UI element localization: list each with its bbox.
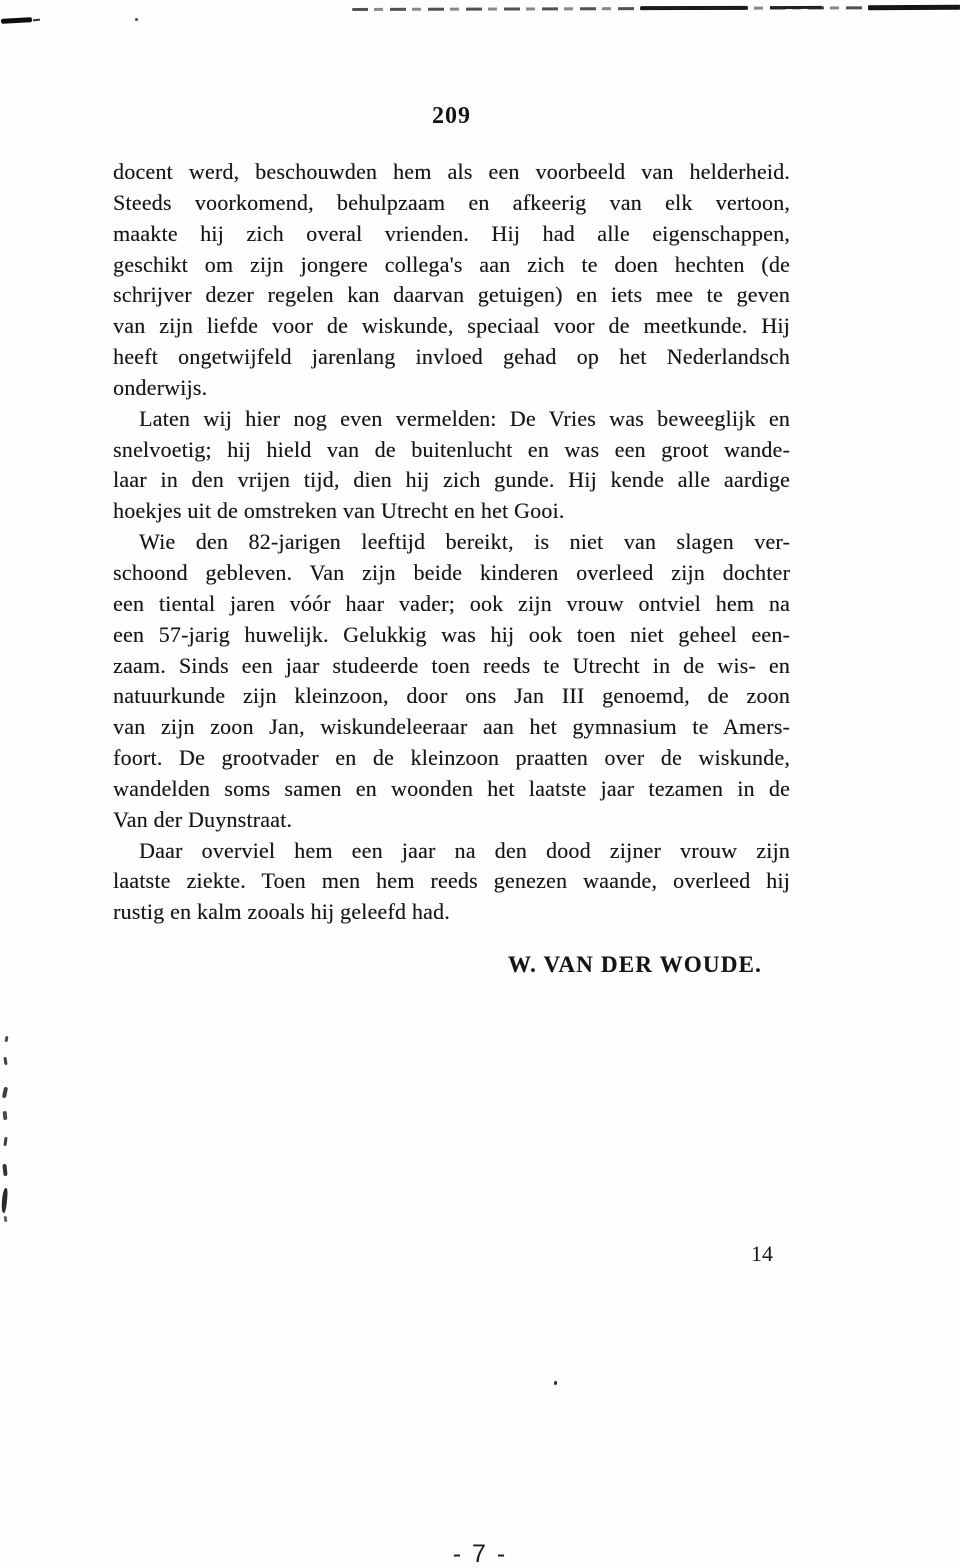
text-line: Daar overviel hem een jaar na den dood z…: [113, 836, 790, 867]
text-line: laar in den vrijen tijd, dien hij zich g…: [113, 465, 790, 496]
text-line: geschikt om zijn jongere collega's aan z…: [113, 250, 790, 281]
scan-artifact-speck: [135, 18, 138, 21]
text-line: een tiental jaren vóór haar vader; ook z…: [113, 589, 790, 620]
text-line: Laten wij hier nog even vermelden: De Vr…: [113, 404, 790, 435]
text-line: natuurkunde zijn kleinzoon, door ons Jan…: [113, 681, 790, 712]
left-edge-mark: [5, 1036, 9, 1042]
text-line: schoond gebleven. Van zijn beide kindere…: [113, 558, 790, 589]
text-line: schrijver dezer regelen kan daarvan getu…: [113, 280, 790, 311]
text-line: laatste ziekte. Toen men hem reeds genez…: [113, 866, 790, 897]
left-edge-mark: [4, 1216, 8, 1222]
text-line: zaam. Sinds een jaar studeerde toen reed…: [113, 651, 790, 682]
footer-number-right: 14: [113, 1239, 790, 1269]
left-edge-mark: [2, 1164, 7, 1176]
left-edge-mark: [2, 1087, 8, 1099]
text-line: wandelden soms samen en woonden het laat…: [113, 774, 790, 805]
body-text: docent werd, beschouwden hem als een voo…: [113, 157, 790, 928]
author-signature: W. VAN DER WOUDE.: [113, 949, 790, 981]
ink-speck: [554, 1381, 558, 1386]
document-page: 209 docent werd, beschouwden hem als een…: [0, 0, 960, 1568]
left-edge-mark: [3, 1057, 7, 1065]
left-edge-mark: [3, 1137, 7, 1146]
scan-page-number: - 7 -: [0, 1540, 960, 1568]
text-line: rustig en kalm zooals hij geleefd had.: [113, 897, 790, 928]
scan-artifact-top-left-dash: [1, 17, 32, 24]
text-line: van zijn zoon Jan, wiskundeleeraar aan h…: [113, 712, 790, 743]
text-line: Wie den 82-jarigen leeftijd bereikt, is …: [113, 527, 790, 558]
text-line: snelvoetig; hij hield van de buitenlucht…: [113, 435, 790, 466]
text-line: heeft ongetwijfeld jarenlang invloed geh…: [113, 342, 790, 373]
text-line: hoekjes uit de omstreken van Utrecht en …: [113, 496, 790, 527]
text-line: onderwijs.: [113, 373, 790, 404]
text-line: docent werd, beschouwden hem als een voo…: [113, 157, 790, 188]
text-line: Van der Duynstraat.: [113, 805, 790, 836]
text-line: Steeds voorkomend, behulpzaam en afkeeri…: [113, 188, 790, 219]
left-edge-mark: [1, 1188, 8, 1213]
text-line: een 57-jarig huwelijk. Gelukkig was hij …: [113, 620, 790, 651]
scan-artifact-top-left-tail: [33, 19, 40, 22]
scan-artifact-top-edge-segment: [868, 5, 960, 10]
text-line: maakte hij zich overal vrienden. Hij had…: [113, 219, 790, 250]
left-edge-mark: [3, 1111, 8, 1120]
scan-artifact-top-edge-segment: [770, 6, 822, 9]
text-line: van zijn liefde voor de wiskunde, specia…: [113, 311, 790, 342]
scan-artifact-top-edge-segment: [640, 6, 748, 10]
page-number: 209: [113, 101, 790, 131]
text-line: foort. De grootvader en de kleinzoon pra…: [113, 743, 790, 774]
